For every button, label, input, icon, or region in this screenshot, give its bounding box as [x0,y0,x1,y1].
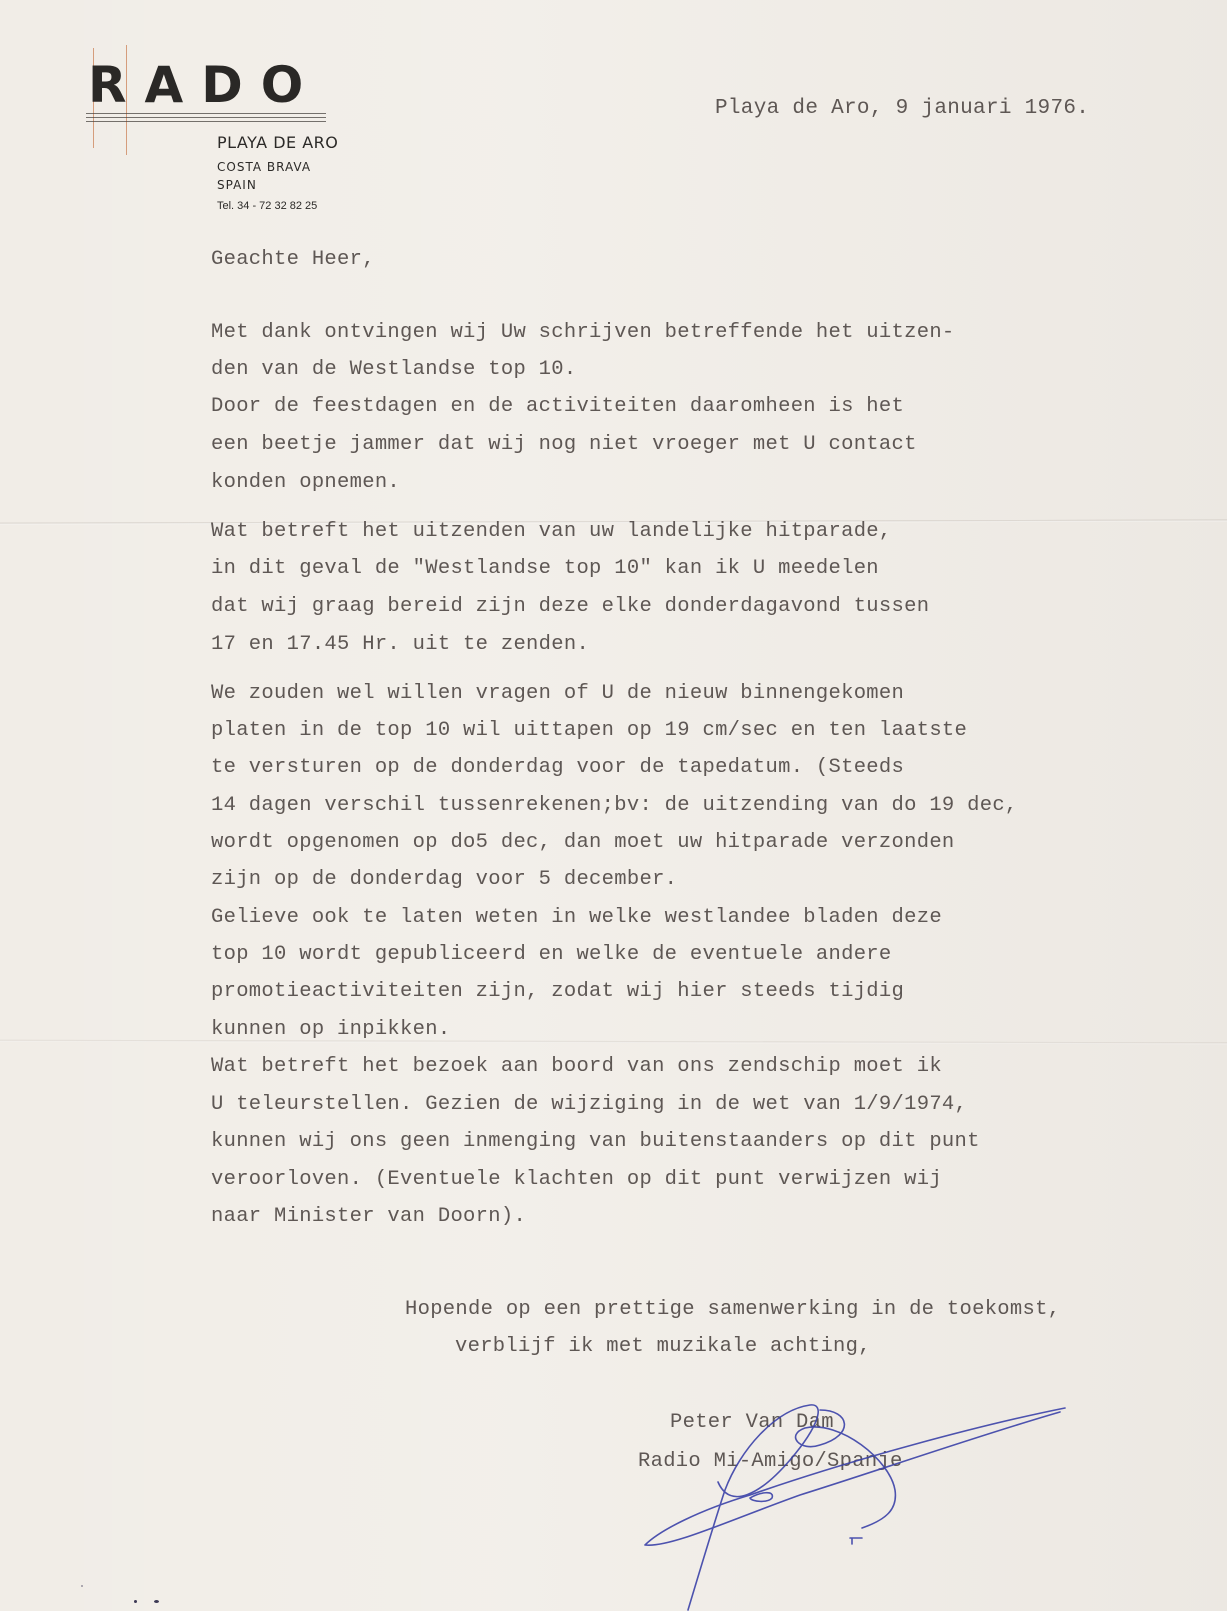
closing-line: Hopende op een prettige samenwerking in … [405,1300,1060,1321]
body-line: zijn op de donderdag voor 5 december. [211,870,677,891]
body-line: promotieactiviteiten zijn, zodat wij hie… [211,982,904,1003]
body-line: kunnen op inpikken. [211,1020,450,1041]
body-line: een beetje jammer dat wij nog niet vroeg… [211,435,917,456]
letterhead-city: PLAYA DE ARO [217,133,338,152]
body-line: Gelieve ook te laten weten in welke west… [211,908,942,929]
body-line: veroorloven. (Eventuele klachten op dit … [211,1170,942,1191]
signatory-name: Peter Van Dam [670,1413,834,1434]
body-line: U teleurstellen. Gezien de wijziging in … [211,1095,967,1116]
letterhead-country: SPAIN [217,178,257,192]
body-line: We zouden wel willen vragen of U de nieu… [211,684,904,705]
letterhead-telephone: Tel. 34 - 72 32 82 25 [217,200,317,212]
body-line: platen in de top 10 wil uittapen op 19 c… [211,721,967,742]
letterhead-region: COSTA BRAVA [217,160,311,174]
closing-line: verblijf ik met muzikale achting, [455,1337,871,1358]
body-line: 17 en 17.45 Hr. uit te zenden. [211,635,589,656]
ink-speck [154,1600,159,1603]
body-line: Wat betreft het bezoek aan boord van ons… [211,1057,942,1078]
body-line: Wat betreft het uitzenden van uw landeli… [211,522,892,543]
body-line: Met dank ontvingen wij Uw schrijven betr… [211,323,955,344]
body-line: kunnen wij ons geen inmenging van buiten… [211,1132,980,1153]
body-line: Door de feestdagen en de activiteiten da… [211,397,904,418]
body-line: den van de Westlandse top 10. [211,360,576,381]
body-line: konden opnemen. [211,473,400,494]
body-line: wordt opgenomen op do5 dec, dan moet uw … [211,833,955,854]
body-line: top 10 wordt gepubliceerd en welke de ev… [211,945,892,966]
body-line: naar Minister van Doorn). [211,1207,526,1228]
signatory-organization: Radio Mi-Amigo/Spanje [638,1452,903,1473]
salutation: Geachte Heer, [211,250,375,271]
letter-date: Playa de Aro, 9 januari 1976. [715,98,1089,119]
body-line: in dit geval de "Westlandse top 10" kan … [211,559,879,580]
ink-speck [134,1600,137,1603]
ink-speck [81,1585,83,1587]
letterhead-logo: RADO [88,60,321,110]
logo-underline-rules [86,113,326,127]
body-line: te versturen op de donderdag voor de tap… [211,758,904,779]
body-line: 14 dagen verschil tussenrekenen;bv: de u… [211,796,1018,817]
body-line: dat wij graag bereid zijn deze elke dond… [211,597,929,618]
